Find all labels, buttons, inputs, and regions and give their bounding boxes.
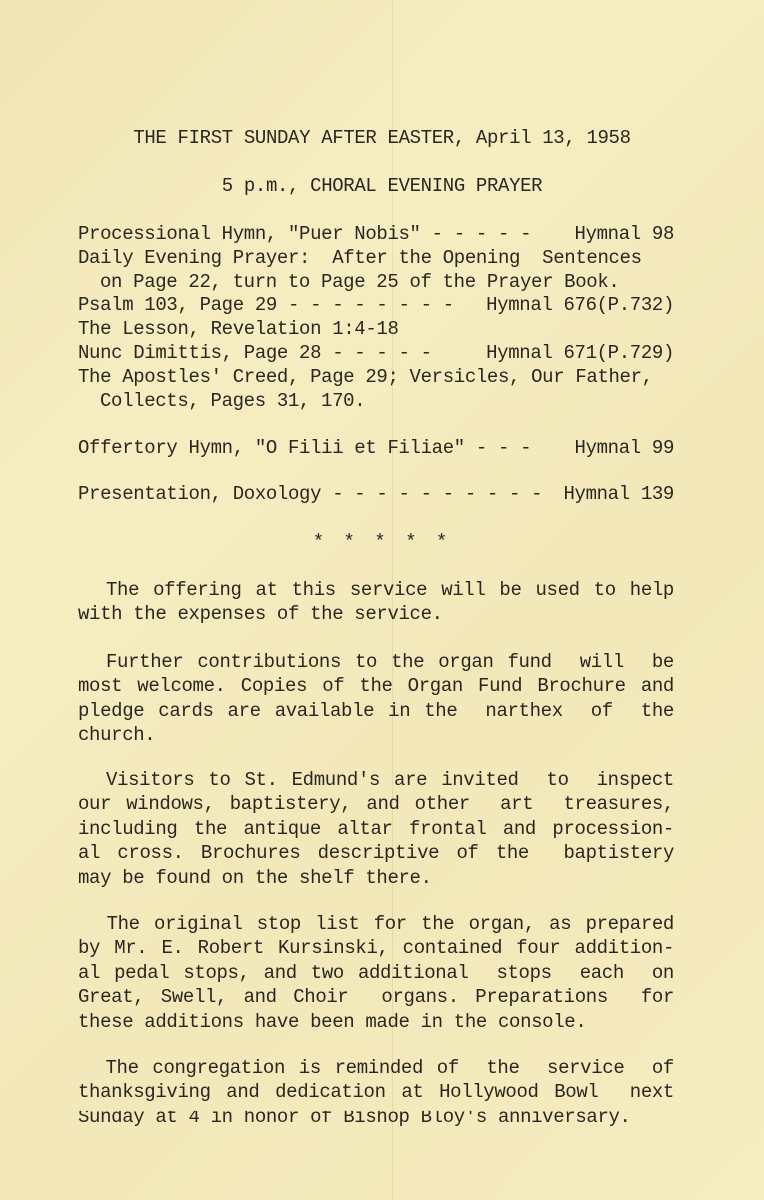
bulletin-title: THE FIRST SUNDAY AFTER EASTER, April 13,… [0,126,764,150]
announcement-hollywood-bowl: The congregation is reminded of the serv… [78,1056,674,1129]
announcement-line: Sunday at 4 in honor of Bishop Bloy's an… [78,1105,674,1129]
announcement-line: pledge cards are available in the narthe… [78,699,674,723]
announcement-line: The offering at this service will be use… [78,578,674,602]
announcement-line: al cross. Brochures descriptive of the b… [78,841,674,865]
announcement-line: al pedal stops, and two additional stops… [78,961,674,985]
hymnal-reference: Hymnal 139 [563,482,674,506]
announcement-line: church. [78,723,674,747]
announcement-line: these additions have been made in the co… [78,1010,674,1034]
service-item-creed-line1: The Apostles' Creed, Page 29; Versicles,… [78,365,653,389]
announcement-organ-fund: Further contributions to the organ fund … [78,650,674,748]
service-item-label: Nunc Dimittis, Page 28 - - - - - [78,341,432,365]
hymnal-reference: Hymnal 671(P.729) [486,341,674,365]
announcement-line: by Mr. E. Robert Kursinski, contained fo… [78,936,674,960]
service-item-nunc-dimittis: Nunc Dimittis, Page 28 - - - - - Hymnal … [78,341,674,365]
service-item-processional-hymn: Processional Hymn, "Puer Nobis" - - - - … [78,222,674,246]
announcement-offering: The offering at this service will be use… [78,578,674,627]
service-item-lesson: The Lesson, Revelation 1:4-18 [78,317,399,341]
announcement-line: may be found on the shelf there. [78,866,674,890]
announcement-line: The original stop list for the organ, as… [78,912,674,936]
service-item-label: Processional Hymn, "Puer Nobis" - - - - … [78,222,531,246]
service-item-label: Psalm 103, Page 29 - - - - - - - - [78,293,454,317]
announcement-line: most welcome. Copies of the Organ Fund B… [78,674,674,698]
service-item-evening-prayer-line1: Daily Evening Prayer: After the Opening … [78,246,642,270]
announcement-line: Further contributions to the organ fund … [78,650,674,674]
service-item-label: Presentation, Doxology - - - - - - - - -… [78,482,542,506]
service-item-offertory-hymn: Offertory Hymn, "O Filii et Filiae" - - … [78,436,674,460]
service-item-label: Offertory Hymn, "O Filii et Filiae" - - … [78,436,531,460]
announcement-line: our windows, baptistery, and other art t… [78,792,674,816]
announcement-visitors: Visitors to St. Edmund's are invited to … [78,768,674,890]
service-item-psalm: Psalm 103, Page 29 - - - - - - - - Hymna… [78,293,674,317]
hymnal-reference: Hymnal 98 [575,222,674,246]
hymnal-reference: Hymnal 676(P.732) [486,293,674,317]
service-item-creed-line2: Collects, Pages 31, 170. [78,389,365,413]
hymnal-reference: Hymnal 99 [575,436,674,460]
announcement-line: Great, Swell, and Choir organs. Preparat… [78,985,674,1009]
section-divider-asterisks: * * * * * [0,530,764,554]
announcement-line: Visitors to St. Edmund's are invited to … [78,768,674,792]
announcement-line: thanksgiving and dedication at Hollywood… [78,1080,674,1104]
service-subtitle: 5 p.m., CHORAL EVENING PRAYER [0,174,764,198]
service-item-evening-prayer-line2: on Page 22, turn to Page 25 of the Praye… [78,270,619,294]
announcement-line: including the antique altar frontal and … [78,817,674,841]
announcement-line: with the expenses of the service. [78,602,674,626]
announcement-line: The congregation is reminded of the serv… [78,1056,674,1080]
service-item-presentation: Presentation, Doxology - - - - - - - - -… [78,482,674,506]
announcement-organ-stop-list: The original stop list for the organ, as… [78,912,674,1034]
church-bulletin-page: THE FIRST SUNDAY AFTER EASTER, April 13,… [0,0,764,1200]
